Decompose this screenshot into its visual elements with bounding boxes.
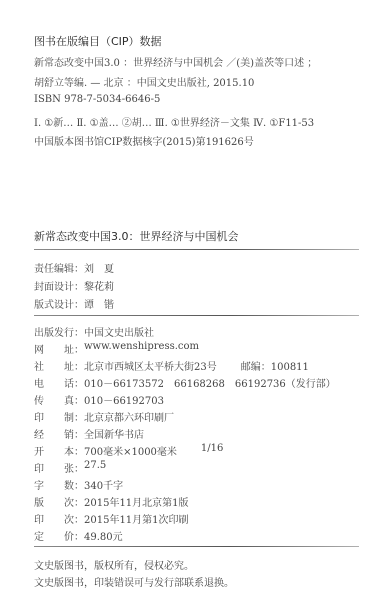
info-row-sheets: 印张：27.5 bbox=[34, 460, 106, 475]
credit-cover-design: 封面设计：黎花莉 bbox=[34, 278, 114, 293]
publisher-line: 出版发行：中国文史出版社 bbox=[34, 324, 154, 339]
divider bbox=[34, 315, 359, 316]
info-value: 北京市西城区太平桥大街23号 bbox=[84, 358, 217, 373]
book-title: 新常态改变中国3.0：世界经济与中国机会 bbox=[34, 228, 239, 244]
info-key: 本： bbox=[64, 443, 84, 458]
info-value: 27.5 bbox=[84, 460, 106, 475]
info-row-address: 社址：北京市西城区太平桥大街23号邮编：100811 bbox=[34, 358, 309, 373]
info-value: 49.80元 bbox=[84, 528, 123, 543]
divider bbox=[34, 546, 359, 547]
info-key: 真： bbox=[64, 392, 84, 407]
info-key: 址： bbox=[64, 341, 84, 356]
credit-label: 版式设计： bbox=[34, 300, 84, 311]
info-key: 开 bbox=[34, 443, 64, 458]
cip-line: 中国版本图书馆CIP数据核字(2015)第191626号 bbox=[34, 133, 254, 148]
info-key: 价： bbox=[64, 528, 84, 543]
info-value: www.wenshipress.com bbox=[84, 341, 199, 356]
credit-editor: 责任编辑：刘 夏 bbox=[34, 260, 114, 275]
info-row-phone: 电话：010－66173572 66168268 66192736（发行部） bbox=[34, 375, 336, 390]
credit-value: 刘 夏 bbox=[84, 264, 114, 275]
credit-value: 黎花莉 bbox=[84, 282, 114, 293]
format-fraction: 1/16 bbox=[201, 443, 223, 458]
info-row-printing: 印次：2015年11月第1次印刷 bbox=[34, 511, 189, 526]
postcode: 邮编：100811 bbox=[241, 358, 309, 373]
info-key: 数： bbox=[64, 477, 84, 492]
info-key: 次： bbox=[64, 494, 84, 509]
info-row-printer: 印制：北京京都六环印刷厂 bbox=[34, 409, 174, 424]
credit-value: 谭 锴 bbox=[84, 300, 114, 311]
cip-line: 胡舒立等编. — 北京 ：中国文史出版社, 2015.10 bbox=[34, 74, 254, 89]
info-key: 话： bbox=[64, 375, 84, 390]
info-row-word-count: 字数：340千字 bbox=[34, 477, 123, 492]
info-row-website: 网址：www.wenshipress.com bbox=[34, 341, 199, 356]
credit-label: 封面设计： bbox=[34, 282, 84, 293]
info-key: 销： bbox=[64, 426, 84, 441]
info-key: 网 bbox=[34, 341, 64, 356]
cip-heading: 图书在版编目（CIP）数据 bbox=[34, 33, 162, 49]
divider bbox=[34, 249, 359, 250]
info-row-format: 开本：700毫米×1000毫米1/16 bbox=[34, 443, 223, 458]
info-key: 电 bbox=[34, 375, 64, 390]
info-key: 张： bbox=[64, 460, 84, 475]
info-key: 次： bbox=[64, 511, 84, 526]
info-key: 版 bbox=[34, 494, 64, 509]
info-value: 010－66173572 66168268 66192736（发行部） bbox=[84, 375, 336, 390]
info-key: 印 bbox=[34, 511, 64, 526]
cip-line: Ⅰ. ①新… Ⅱ. ①盖… ②胡… Ⅲ. ①世界经济－文集 Ⅳ. ①F11-53 bbox=[34, 114, 314, 129]
info-key: 址： bbox=[64, 358, 84, 373]
cip-line: 新常态改变中国3.0 ：世界经济与中国机会 ／(美)盖茨等口述 ； bbox=[34, 54, 317, 69]
return-notice: 文史版图书，印装错误可与发行部联系退换。 bbox=[34, 574, 234, 589]
copyright-notice: 文史版图书，版权所有，侵权必究。 bbox=[34, 557, 194, 572]
info-key: 社 bbox=[34, 358, 64, 373]
info-row-price: 定价：49.80元 bbox=[34, 528, 123, 543]
info-value: 700毫米×1000毫米 bbox=[84, 443, 177, 458]
info-key: 定 bbox=[34, 528, 64, 543]
info-key: 传 bbox=[34, 392, 64, 407]
info-key: 印 bbox=[34, 409, 64, 424]
info-value: 010－66192703 bbox=[84, 392, 164, 407]
info-key: 制： bbox=[64, 409, 84, 424]
info-value: 全国新华书店 bbox=[84, 426, 144, 441]
info-value: 北京京都六环印刷厂 bbox=[84, 409, 174, 424]
credit-layout-design: 版式设计：谭 锴 bbox=[34, 296, 114, 311]
info-value: 2015年11月北京第1版 bbox=[84, 494, 189, 509]
info-row-edition: 版次：2015年11月北京第1版 bbox=[34, 494, 189, 509]
info-row-distributor: 经销：全国新华书店 bbox=[34, 426, 144, 441]
info-value: 2015年11月第1次印刷 bbox=[84, 511, 189, 526]
info-key: 字 bbox=[34, 477, 64, 492]
credit-label: 责任编辑： bbox=[34, 264, 84, 275]
info-key: 经 bbox=[34, 426, 64, 441]
info-key: 印 bbox=[34, 460, 64, 475]
cip-line: ISBN 978-7-5034-6646-5 bbox=[34, 94, 160, 105]
info-value: 340千字 bbox=[84, 477, 123, 492]
publisher-label: 出版发行： bbox=[34, 328, 84, 339]
publisher-value: 中国文史出版社 bbox=[84, 328, 154, 339]
info-row-fax: 传真：010－66192703 bbox=[34, 392, 164, 407]
